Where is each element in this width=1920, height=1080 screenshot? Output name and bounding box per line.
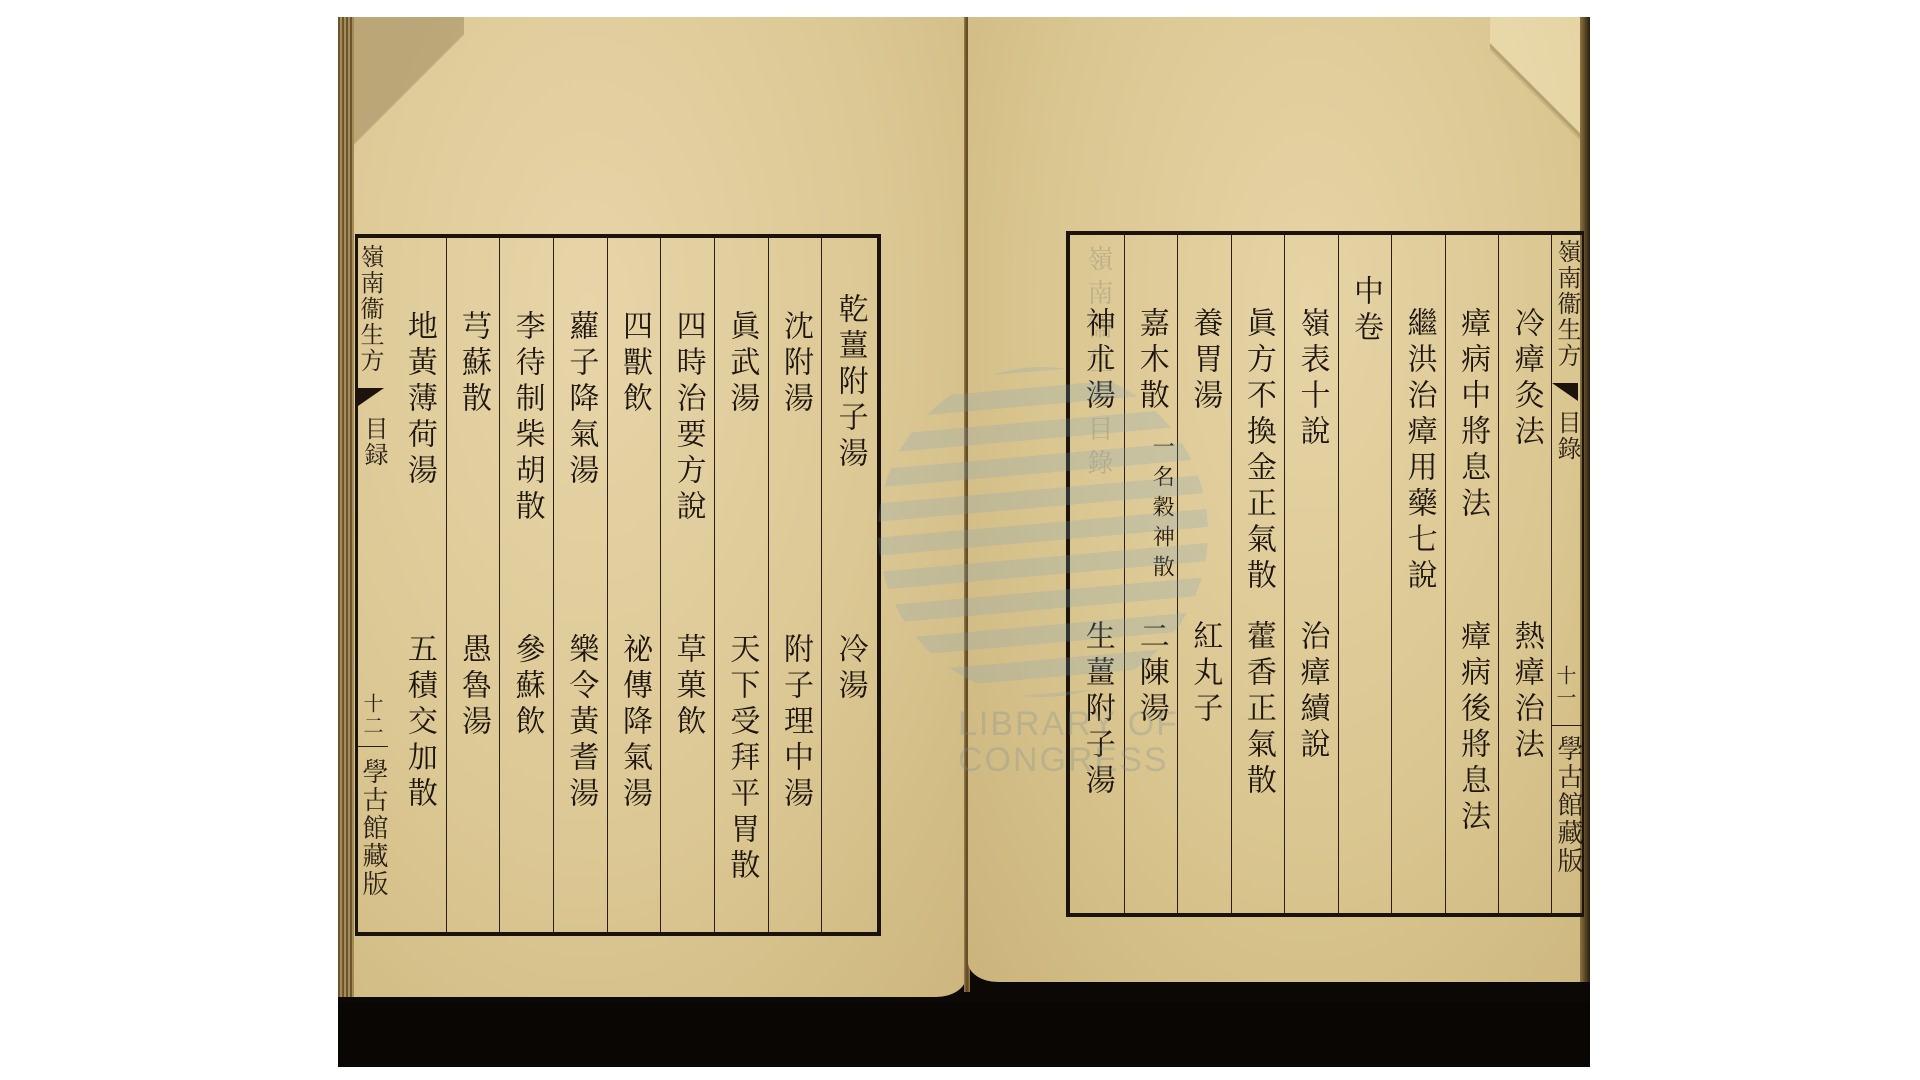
entry-top: 乾薑附子湯 (835, 293, 865, 473)
entry-bottom: 治瘴續說 (1296, 620, 1326, 764)
right-banxin-title: 嶺南衞生方 (1555, 239, 1579, 369)
entry-bottom: 祕傳降氣湯 (619, 633, 649, 813)
page-stack-edge (338, 17, 354, 997)
entry-annotation: 一名穀神散 (1150, 435, 1172, 585)
entry-bottom: 生薑附子湯 (1082, 620, 1112, 800)
entry-column: 四獸飲 祕傳降氣湯 (607, 238, 661, 932)
scan-bed-background (338, 1002, 1590, 1067)
entry-bottom: 五積交加散 (404, 633, 434, 813)
entry-top: 芎蘇散 (458, 310, 488, 418)
right-banxin-section: 目錄 (1555, 410, 1579, 462)
volume-heading: 中卷 (1350, 275, 1380, 347)
entry-column: 沈附湯 附子理中湯 (768, 238, 822, 932)
entry-column: 乾薑附子湯 冷湯 (821, 238, 877, 932)
entry-top: 蘿子降氣湯 (565, 310, 595, 490)
entry-bottom: 熱瘴治法 (1511, 620, 1541, 764)
entry-top: 沈附湯 (780, 310, 810, 418)
entry-column: 李待制柴胡散 參蘇飲 (499, 238, 553, 932)
entry-column: 四時治要方說 草菓飲 (660, 238, 714, 932)
right-page: 嶺南衞生方目錄 冷瘴灸法 熱瘴治法 瘴病中將息法 瘴病後將息法 繼洪治瘴用藥七說… (968, 17, 1590, 982)
book-scan: 嶺南衞生方 目録 十二 學古館藏版 乾薑附子湯 冷湯 沈附湯 附子理中湯 眞武湯… (338, 17, 1590, 1067)
entry-column: 冷瘴灸法 熱瘴治法 (1498, 235, 1552, 913)
entry-top: 四時治要方說 (673, 310, 703, 526)
entry-column: 地黃薄荷湯 五積交加散 (392, 238, 446, 932)
entry-top: 嶺表十說 (1296, 307, 1326, 451)
entry-top: 眞武湯 (726, 310, 756, 418)
fishtail-icon (358, 388, 384, 406)
entry-column: 繼洪治瘴用藥七說 (1391, 235, 1445, 913)
entry-bottom: 藿香正氣散 (1243, 620, 1273, 800)
entry-column: 養胃湯 紅丸子 (1177, 235, 1231, 913)
entry-column: 瘴病中將息法 瘴病後將息法 (1445, 235, 1499, 913)
entry-bottom: 紅丸子 (1189, 620, 1219, 728)
entry-top: 瘴病中將息法 (1457, 307, 1487, 523)
banxin-divider (358, 746, 388, 747)
page-corner-shadow (354, 17, 464, 187)
entry-bottom: 參蘇飲 (512, 633, 542, 741)
entry-bottom: 瘴病後將息法 (1457, 620, 1487, 836)
entry-top: 李待制柴胡散 (512, 310, 542, 526)
left-banxin-section: 目録 (362, 416, 386, 468)
entry-bottom: 二陳湯 (1136, 620, 1166, 728)
banxin-divider (1552, 725, 1582, 726)
right-column-grid: 冷瘴灸法 熱瘴治法 瘴病中將息法 瘴病後將息法 繼洪治瘴用藥七說 中卷 嶺表十說… (1070, 235, 1552, 913)
left-page: 嶺南衞生方 目録 十二 學古館藏版 乾薑附子湯 冷湯 沈附湯 附子理中湯 眞武湯… (338, 17, 966, 997)
entry-column: 眞方不換金正氣散 藿香正氣散 (1231, 235, 1285, 913)
entry-top: 養胃湯 (1189, 307, 1219, 415)
entry-column: 神朮湯 生薑附子湯 (1070, 235, 1124, 913)
entry-top: 神朮湯 (1082, 307, 1112, 415)
right-banxin-publisher: 學古館藏版 (1555, 735, 1581, 875)
entry-bottom: 天下受拜平胃散 (726, 633, 756, 885)
entry-column: 蘿子降氣湯 樂令黃耆湯 (553, 238, 607, 932)
entry-top: 繼洪治瘴用藥七說 (1404, 307, 1434, 595)
entry-top: 眞方不換金正氣散 (1243, 307, 1273, 595)
right-page-frame: 嶺南衞生方目錄 冷瘴灸法 熱瘴治法 瘴病中將息法 瘴病後將息法 繼洪治瘴用藥七說… (1066, 231, 1584, 917)
right-banxin-page-number: 十一 (1555, 665, 1575, 709)
left-column-grid: 乾薑附子湯 冷湯 沈附湯 附子理中湯 眞武湯 天下受拜平胃散 四時治要方說 草菓… (392, 238, 877, 932)
entry-column: 嘉木散 一名穀神散 二陳湯 (1124, 235, 1178, 913)
entry-column: 眞武湯 天下受拜平胃散 (714, 238, 768, 932)
page-corner-fold (1490, 17, 1580, 167)
entry-bottom: 樂令黃耆湯 (565, 633, 595, 813)
entry-bottom: 草菓飲 (673, 633, 703, 741)
left-page-frame: 嶺南衞生方 目録 十二 學古館藏版 乾薑附子湯 冷湯 沈附湯 附子理中湯 眞武湯… (355, 234, 881, 936)
entry-column: 中卷 (1338, 235, 1392, 913)
fishtail-icon (1552, 383, 1578, 401)
entry-bottom: 冷湯 (835, 633, 865, 705)
entry-column: 嶺表十說 治瘴續說 (1284, 235, 1338, 913)
entry-top: 嘉木散 (1136, 307, 1166, 415)
entry-bottom: 愚魯湯 (458, 633, 488, 741)
left-banxin-page-number: 十二 (362, 693, 382, 737)
entry-bottom: 附子理中湯 (780, 633, 810, 813)
left-banxin-title: 嶺南衞生方 (358, 244, 382, 374)
left-banxin-publisher: 學古館藏版 (360, 758, 386, 898)
entry-top: 地黃薄荷湯 (404, 310, 434, 490)
right-banxin: 嶺南衞生方 目錄 十一 學古館藏版 (1551, 235, 1582, 913)
entry-top: 四獸飲 (619, 310, 649, 418)
entry-top: 冷瘴灸法 (1511, 307, 1541, 451)
entry-column: 芎蘇散 愚魯湯 (446, 238, 500, 932)
